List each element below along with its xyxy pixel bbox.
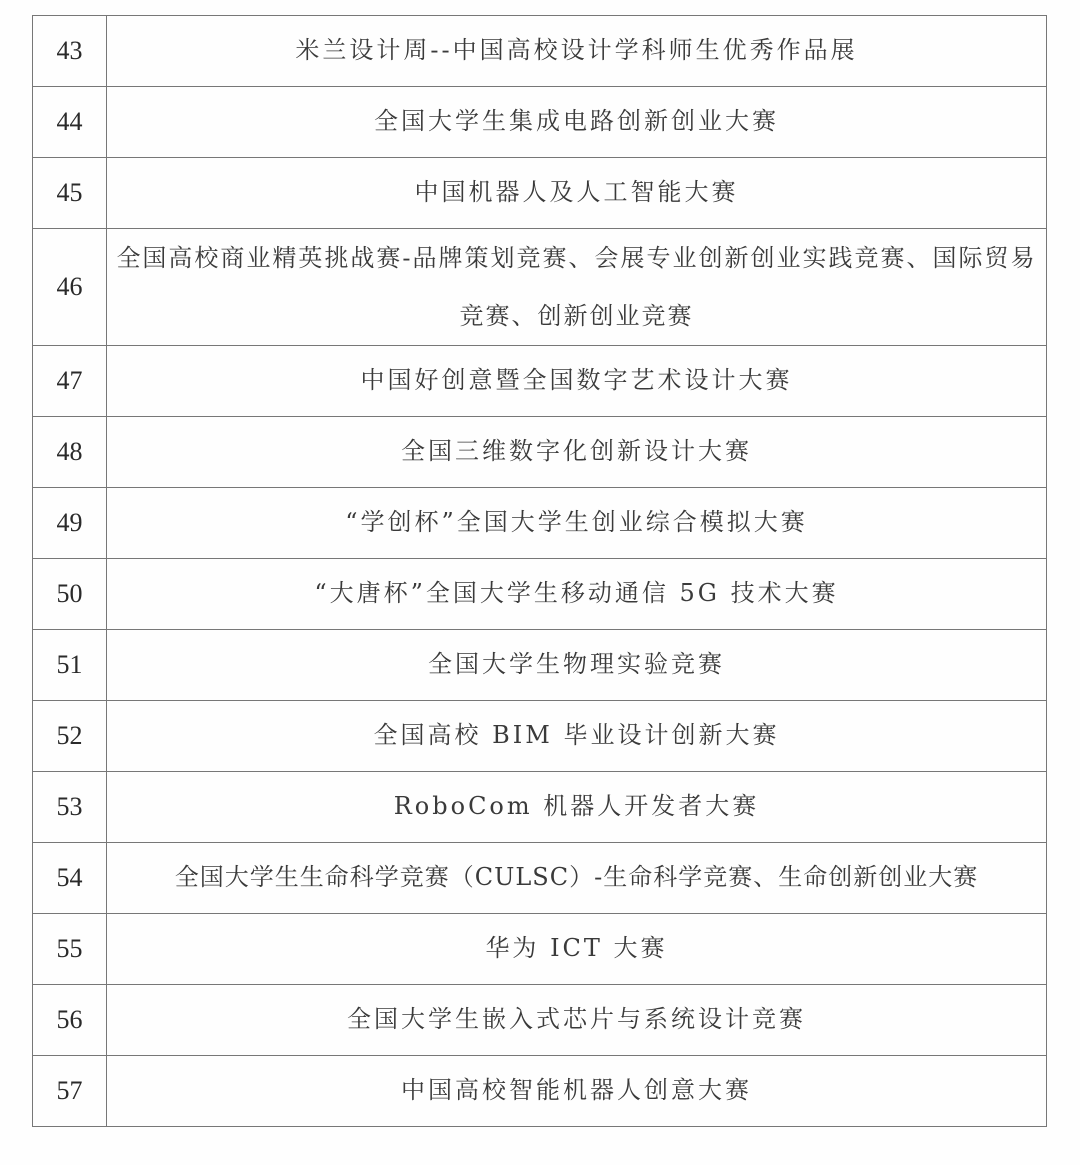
row-number: 52 (33, 701, 107, 772)
competition-name: 中国好创意暨全国数字艺术设计大赛 (107, 346, 1047, 417)
row-number: 48 (33, 417, 107, 488)
competition-name: 全国高校 BIM 毕业设计创新大赛 (107, 701, 1047, 772)
table-row: 48全国三维数字化创新设计大赛 (33, 417, 1047, 488)
row-number: 55 (33, 914, 107, 985)
table-row: 51全国大学生物理实验竞赛 (33, 630, 1047, 701)
row-number: 57 (33, 1056, 107, 1127)
competition-name: 中国高校智能机器人创意大赛 (107, 1056, 1047, 1127)
table-row: 53RoboCom 机器人开发者大赛 (33, 772, 1047, 843)
row-number: 44 (33, 87, 107, 158)
competition-name: 中国机器人及人工智能大赛 (107, 158, 1047, 229)
table-row: 45中国机器人及人工智能大赛 (33, 158, 1047, 229)
row-number: 49 (33, 488, 107, 559)
row-number: 50 (33, 559, 107, 630)
row-number: 45 (33, 158, 107, 229)
row-number: 46 (33, 229, 107, 346)
competition-name: 全国大学生集成电路创新创业大赛 (107, 87, 1047, 158)
table-row: 57中国高校智能机器人创意大赛 (33, 1056, 1047, 1127)
row-number: 56 (33, 985, 107, 1056)
table-row: 46全国高校商业精英挑战赛-品牌策划竞赛、会展专业创新创业实践竞赛、国际贸易竞赛… (33, 229, 1047, 346)
competition-name: 米兰设计周--中国高校设计学科师生优秀作品展 (107, 16, 1047, 87)
competition-name: 全国大学生生命科学竞赛（CULSC）-生命科学竞赛、生命创新创业大赛 (107, 843, 1047, 914)
table-row: 49“学创杯”全国大学生创业综合模拟大赛 (33, 488, 1047, 559)
table-row: 54全国大学生生命科学竞赛（CULSC）-生命科学竞赛、生命创新创业大赛 (33, 843, 1047, 914)
table-row: 44全国大学生集成电路创新创业大赛 (33, 87, 1047, 158)
table-row: 43米兰设计周--中国高校设计学科师生优秀作品展 (33, 16, 1047, 87)
row-number: 54 (33, 843, 107, 914)
competition-name: 全国三维数字化创新设计大赛 (107, 417, 1047, 488)
table-row: 55华为 ICT 大赛 (33, 914, 1047, 985)
competition-name: RoboCom 机器人开发者大赛 (107, 772, 1047, 843)
table-row: 56全国大学生嵌入式芯片与系统设计竞赛 (33, 985, 1047, 1056)
table-row: 50“大唐杯”全国大学生移动通信 5G 技术大赛 (33, 559, 1047, 630)
row-number: 51 (33, 630, 107, 701)
competition-table: 43米兰设计周--中国高校设计学科师生优秀作品展 44全国大学生集成电路创新创业… (32, 15, 1047, 1127)
competition-name: 全国大学生嵌入式芯片与系统设计竞赛 (107, 985, 1047, 1056)
table-row: 52全国高校 BIM 毕业设计创新大赛 (33, 701, 1047, 772)
competition-name: “大唐杯”全国大学生移动通信 5G 技术大赛 (107, 559, 1047, 630)
table-row: 47中国好创意暨全国数字艺术设计大赛 (33, 346, 1047, 417)
competition-name: 全国大学生物理实验竞赛 (107, 630, 1047, 701)
row-number: 43 (33, 16, 107, 87)
competition-name: “学创杯”全国大学生创业综合模拟大赛 (107, 488, 1047, 559)
competition-name: 华为 ICT 大赛 (107, 914, 1047, 985)
row-number: 53 (33, 772, 107, 843)
competition-name: 全国高校商业精英挑战赛-品牌策划竞赛、会展专业创新创业实践竞赛、国际贸易竞赛、创… (107, 229, 1047, 346)
row-number: 47 (33, 346, 107, 417)
